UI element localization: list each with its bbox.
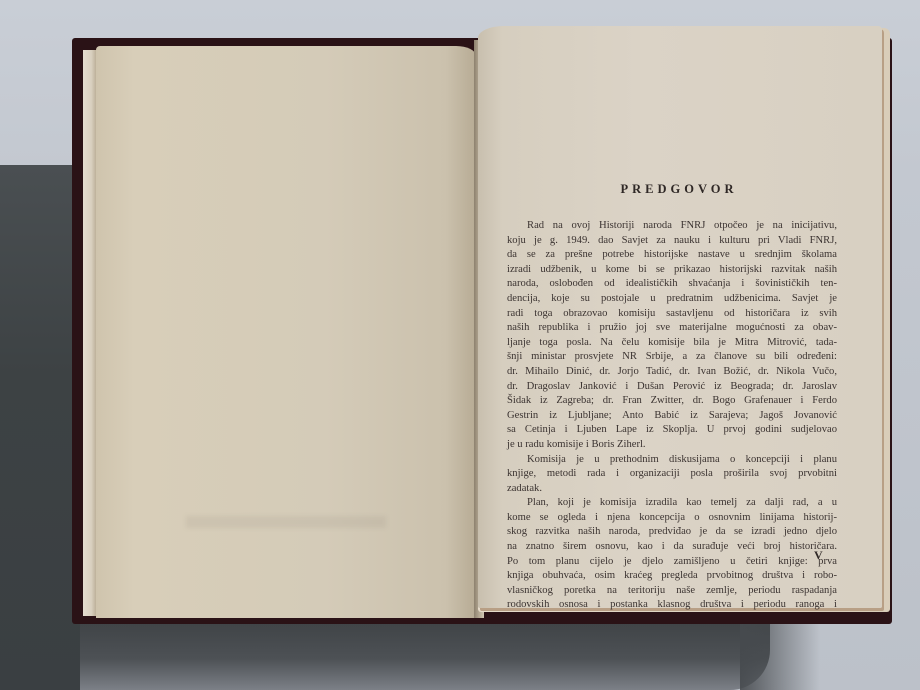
text-line: Po tom planu cijelo je djelo zamišljeno …: [507, 555, 837, 570]
page-number: V: [814, 548, 823, 563]
text-line: dr. Mihailo Dinić, dr. Jorjo Tadić, dr. …: [507, 365, 837, 380]
text-line: šnji ministar prosvjete NR Srbije, a za …: [507, 350, 837, 365]
text-line: koju je g. 1949. dao Savjet za nauku i k…: [507, 234, 837, 249]
text-line: Rad na ovoj Historiji naroda FNRJ otpoče…: [507, 219, 837, 234]
paragraph-2: Komisija je u prethodnim diskusijama o k…: [507, 453, 837, 497]
paragraph-3: Plan, koji je komisija izradila kao teme…: [507, 496, 837, 613]
text-line: zadatak.: [507, 482, 837, 497]
page-title: PREDGOVOR: [507, 182, 837, 197]
left-page: [96, 46, 476, 618]
text-line: knjige, metodi rada i organizaciji posla…: [507, 467, 837, 482]
preface-text: PREDGOVOR Rad na ovoj Historiji naroda F…: [507, 182, 837, 613]
text-line: vlasničkog poretka na teritoriju naše ze…: [507, 584, 837, 599]
text-line: Komisija je u prethodnim diskusijama o k…: [507, 453, 837, 468]
text-line: knjiga obuhvaća, osim kraćeg pregleda pr…: [507, 569, 837, 584]
text-line: Šidak iz Zagreba; dr. Fran Zwitter, dr. …: [507, 394, 837, 409]
text-line: je u radu komisije i Boris Ziherl.: [507, 438, 837, 453]
paragraph-1: Rad na ovoj Historiji naroda FNRJ otpoče…: [507, 219, 837, 453]
text-line: da se za prešne potrebe historijske nast…: [507, 248, 837, 263]
text-line: rodovskih osnosa i postanka klasnog druš…: [507, 598, 837, 613]
text-line: Plan, koji je komisija izradila kao teme…: [507, 496, 837, 511]
text-line: ljanje toga posla. Na čelu komisije bila…: [507, 336, 837, 351]
text-line: naroda, oslobođen od idealističkih shvać…: [507, 277, 837, 292]
text-line: naših republika i pružio joj sve materij…: [507, 321, 837, 336]
text-line: dencija, koje su postojale u predratnim …: [507, 292, 837, 307]
left-page-edges: [83, 50, 97, 616]
text-line: sa Cetinja i Ljuben Lape iz Skoplja. U p…: [507, 423, 837, 438]
text-line: izradi udžbenik, u kome bi se prikazao h…: [507, 263, 837, 278]
text-line: skog razvitka naših naroda, predviđao je…: [507, 525, 837, 540]
text-line: dr. Dragoslav Janković i Dušan Perović i…: [507, 380, 837, 395]
text-line: radi toga obrazovao komisiju sastavljenu…: [507, 307, 837, 322]
text-line: kome se ogleda i njena koncepcija o osno…: [507, 511, 837, 526]
text-line: Gestrin iz Ljubljane; Anto Babić iz Sara…: [507, 409, 837, 424]
text-line: na znatno širem osnovu, kao i da surađuj…: [507, 540, 837, 555]
show-through-text: [186, 516, 386, 528]
